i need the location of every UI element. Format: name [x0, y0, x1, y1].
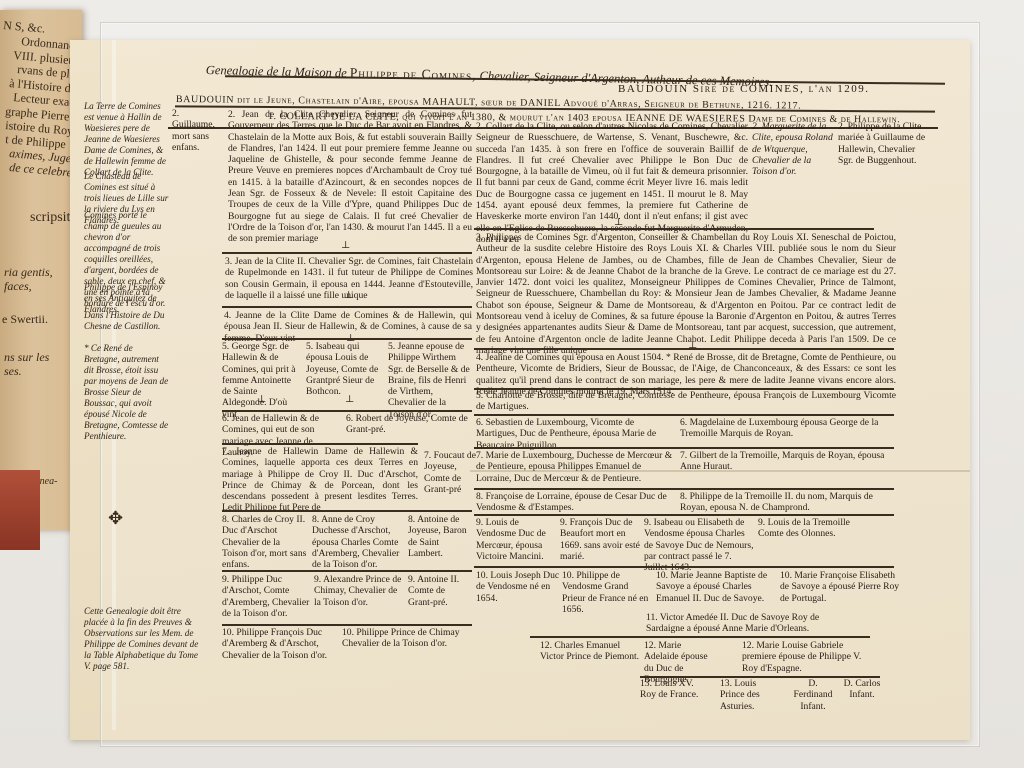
book-line: faces, — [4, 279, 32, 294]
entry-jeanne-wirthem: 5. Jeanne epouse de Philippe Wirthem Sgr… — [388, 341, 472, 420]
divider — [474, 488, 894, 490]
book-line: e Swertii. — [2, 312, 48, 327]
entry-francois-duc-de-beaufort: 9. François Duc de Beaufort mort en 1669… — [560, 517, 642, 562]
entry-philippes-de-comines: 3. Philippes de Comines Sgr. d'Argenton,… — [476, 232, 896, 356]
entry-antoine-de-joyeuse: 8. Antoine de Joyeuse, Baron de Saint La… — [408, 514, 472, 559]
entry-louis-prince-des-asturies: 13. Louis Prince des Asturies. — [720, 678, 782, 712]
side-note-duchesne: Dans l'Histoire de Du Chesne de Castillo… — [84, 310, 170, 332]
entry-isabeau: 5. Isabeau qui épousa Louis de Joyeuse, … — [306, 341, 384, 397]
entry-louis-de-la-tremoille: 9. Louis de la Tremoille Comte des Olonn… — [758, 517, 858, 540]
book-cover — [0, 470, 40, 550]
entry-charlotte-de-brosse: 5. Charlotte de Brosse, dite de Bretagne… — [476, 390, 896, 413]
divider — [222, 410, 472, 412]
descent-mark: ⊥ — [614, 217, 623, 228]
entry-marguerite: 2. Marguerite de la Clite, epousa Roland… — [752, 121, 836, 177]
entry-marie-de-luxembourg: 7. Marie de Luxembourg, Duchesse de Merc… — [476, 450, 676, 484]
divider — [474, 348, 894, 350]
divider — [222, 443, 418, 445]
entry-philippe-de-vendosme: 10. Philippe de Vendosme Grand Prieur de… — [562, 570, 654, 615]
entry-robert-de-joyeuse: 6. Robert de Joyeuse, Comte de Grant-pré… — [346, 413, 472, 436]
founder-baudouin: BAUDOUIN Sire de COMINES, l'an 1209. — [618, 83, 870, 95]
divider — [530, 636, 870, 638]
divider — [474, 514, 894, 516]
entry-carlos: D. Carlos Infant. — [842, 678, 882, 701]
descent-mark: ⊥ — [344, 290, 353, 301]
entry-sebastien-de-luxembourg: 6. Sebastien de Luxembourg, Vicomte de M… — [476, 417, 676, 451]
entry-philippe-de-la-clite: 2. Philippe de la Clite mariée à Guillau… — [838, 121, 930, 166]
entry-marie-francoise-elisabeth: 10. Marie Françoise Elisabeth de Savoye … — [780, 570, 900, 604]
divider — [222, 510, 472, 512]
entry-isabeau-de-vendosme: 9. Isabeau ou Elisabeth de Vendosme épou… — [644, 517, 756, 573]
entry-collart-de-la-clite: 2. Collart de la Clite, ou selon d'autre… — [476, 121, 748, 245]
entry-ferdinand: D. Ferdinand Infant. — [788, 678, 838, 712]
divider — [222, 570, 472, 572]
side-note-terre: La Terre de Comines est venue à Hallin d… — [84, 101, 170, 178]
divider — [474, 228, 874, 230]
entry-anne-de-croy: 8. Anne de Croy Duchesse d'Arschot, épou… — [312, 514, 402, 570]
entry-foucaut-de-joyeuse: 7. Foucaut de Joyeuse, Comte de Grant-pr… — [424, 450, 476, 495]
book-line: ses. — [4, 364, 22, 379]
paper-crease — [470, 470, 970, 472]
entry-philippe-prince-de-chimay: 10. Philippe Prince de Chimay Chevalier … — [342, 627, 462, 650]
divider — [474, 566, 894, 568]
entry-philippe-de-la-tremoille-ii: 8. Philippe de la Tremoille II. du nom, … — [680, 491, 890, 514]
descent-mark: ⊥ — [257, 394, 266, 405]
entry-jean-de-la-clite: 2. Jean de la Clite Chevalier, Seigneur … — [228, 109, 472, 245]
side-note-rene-bretagne: * Ce René de Bretagne, autrement dit Bro… — [84, 343, 170, 442]
divider — [222, 252, 472, 254]
entry-victor-amedee-ii: 11. Victor Amedée II. Duc de Savoye Roy … — [646, 612, 836, 635]
placement-note: Cette Genealogie doit être placée à la f… — [84, 606, 204, 672]
divider — [222, 338, 472, 340]
title-name: Philippe de Comines, — [350, 65, 477, 83]
entry-jeanne-de-hallewin: 7. Jeanne de Hallewin Dame de Hallewin &… — [222, 446, 418, 514]
entry-antoine-ii: 9. Antoine II. Comte de Grant-pré. — [408, 574, 472, 608]
entry-magdelaine-de-luxembourg: 6. Magdelaine de Luxembourg épousa Georg… — [680, 417, 890, 440]
divider — [474, 414, 894, 416]
divider — [222, 624, 472, 626]
book-line: ns sur les — [4, 350, 49, 365]
entry-francoise-de-lorraine: 8. Françoise de Lorraine, épouse de Cesa… — [476, 491, 676, 514]
entry-marie-jeanne-baptiste: 10. Marie Jeanne Baptiste de Savoye a ép… — [656, 570, 776, 604]
entry-philippe-francois: 10. Philippe François Duc d'Aremberg & d… — [222, 627, 340, 661]
entry-charles-emanuel-victor: 12. Charles Emanuel Victor Prince de Pie… — [540, 640, 640, 663]
descent-mark: ⊥ — [341, 240, 350, 251]
entry-george: 5. George Sgr. de Hallewin & de Comines,… — [222, 341, 302, 420]
entry-alexandre-prince-de-chimay: 9. Alexandre Prince de Chimay, Chevalier… — [314, 574, 404, 608]
book-line: ria gentis, — [4, 265, 53, 280]
descent-mark: ⊥ — [345, 394, 354, 405]
book-line: scripsit — [30, 210, 70, 226]
entry-louis-de-vendosme: 9. Louis de Vendosme Duc de Mercœur, épo… — [476, 517, 558, 562]
entry-philippe-duc-darschot: 9. Philippe Duc d'Arschot, Comte d'Aremb… — [222, 574, 310, 619]
entry-louis-joseph: 10. Louis Joseph Duc de Vendosme né en 1… — [476, 570, 560, 604]
entry-guillaume: 2. Guillaume, mort sans enfans. — [172, 108, 224, 153]
ornament-icon: ✥ — [108, 508, 123, 529]
entry-charles-de-croy: 8. Charles de Croy II. Duc d'Arschot Che… — [222, 514, 308, 570]
divider — [474, 447, 894, 449]
entry-marie-louise-gabriele: 12. Marie Louise Gabriele premiere épous… — [742, 640, 862, 674]
divider — [222, 306, 472, 308]
entry-louis-xv: 13. Louis XV. Roy de France. — [640, 678, 710, 701]
